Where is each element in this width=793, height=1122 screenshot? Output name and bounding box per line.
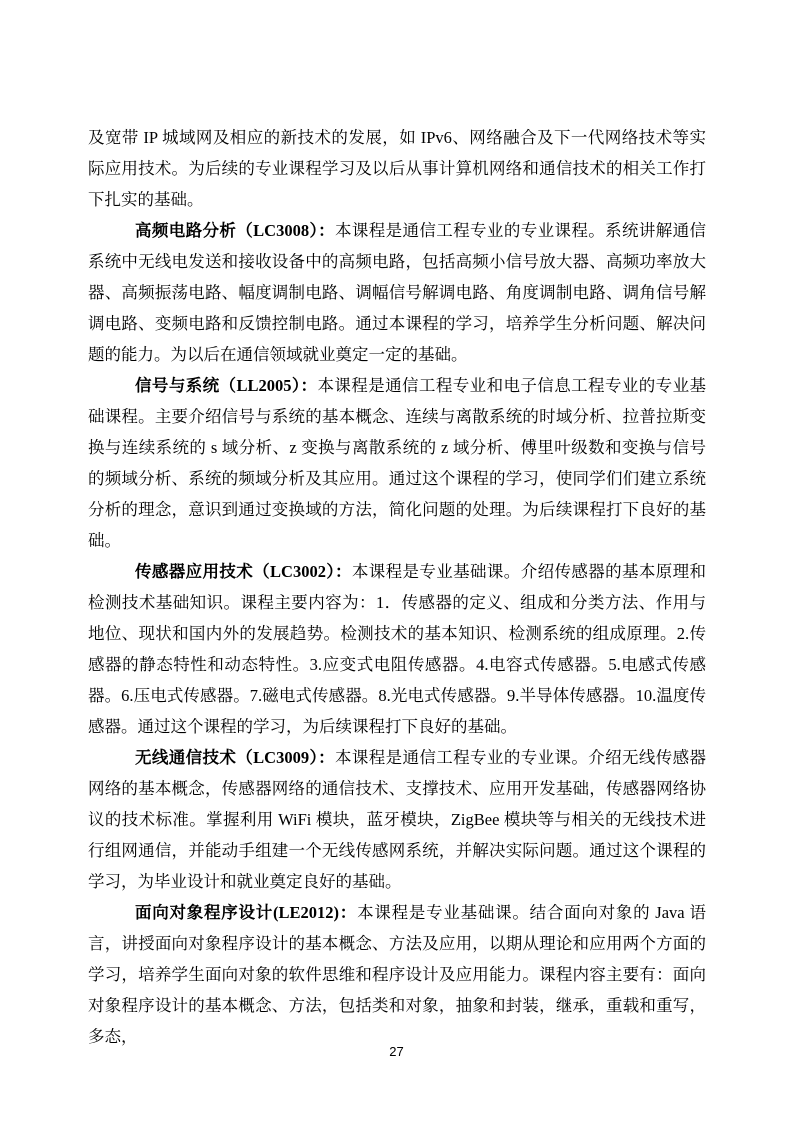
course-title-lc3009: 无线通信技术（LC3009）：	[135, 748, 335, 767]
page-number: 27	[0, 1044, 793, 1059]
paragraph-body: 本课程是通信工程专业和电子信息工程专业的专业基础课程。主要介绍信号与系统的基本概…	[88, 376, 706, 550]
paragraph-body: 本课程是专业基础课。结合面向对象的 Java 语言，讲授面向对象程序设计的基本概…	[88, 903, 706, 1046]
paragraph-body: 本课程是专业基础课。介绍传感器的基本原理和检测技术基础知识。课程主要内容为：1．…	[88, 562, 706, 736]
course-title-lc3008: 高频电路分析（LC3008）：	[135, 221, 335, 240]
paragraph-course-lc3009: 无线通信技术（LC3009）：本课程是通信工程专业的专业课。介绍无线传感器网络的…	[88, 742, 706, 897]
paragraph-course-le2012: 面向对象程序设计(LE2012)：本课程是专业基础课。结合面向对象的 Java …	[88, 897, 706, 1052]
course-title-ll2005: 信号与系统（LL2005）：	[135, 376, 317, 395]
course-title-le2012: 面向对象程序设计(LE2012)：	[135, 903, 357, 922]
paragraph-course-ll2005: 信号与系统（LL2005）：本课程是通信工程专业和电子信息工程专业的专业基础课程…	[88, 370, 706, 556]
paragraph-body: 及宽带 IP 城域网及相应的新技术的发展，如 IPv6、网络融合及下一代网络技术…	[88, 128, 706, 209]
document-page: 及宽带 IP 城域网及相应的新技术的发展，如 IPv6、网络融合及下一代网络技术…	[0, 0, 793, 1122]
page-body-text: 及宽带 IP 城域网及相应的新技术的发展，如 IPv6、网络融合及下一代网络技术…	[88, 122, 706, 1052]
paragraph-network-continuation: 及宽带 IP 城域网及相应的新技术的发展，如 IPv6、网络融合及下一代网络技术…	[88, 122, 706, 215]
paragraph-body: 本课程是通信工程专业的专业课。介绍无线传感器网络的基本概念，传感器网络的通信技术…	[88, 748, 706, 891]
paragraph-course-lc3008: 高频电路分析（LC3008）：本课程是通信工程专业的专业课程。系统讲解通信系统中…	[88, 215, 706, 370]
paragraph-course-lc3002: 传感器应用技术（LC3002）：本课程是专业基础课。介绍传感器的基本原理和检测技…	[88, 556, 706, 742]
paragraph-body: 本课程是通信工程专业的专业课程。系统讲解通信系统中无线电发送和接收设备中的高频电…	[88, 221, 706, 364]
course-title-lc3002: 传感器应用技术（LC3002）：	[135, 562, 352, 581]
